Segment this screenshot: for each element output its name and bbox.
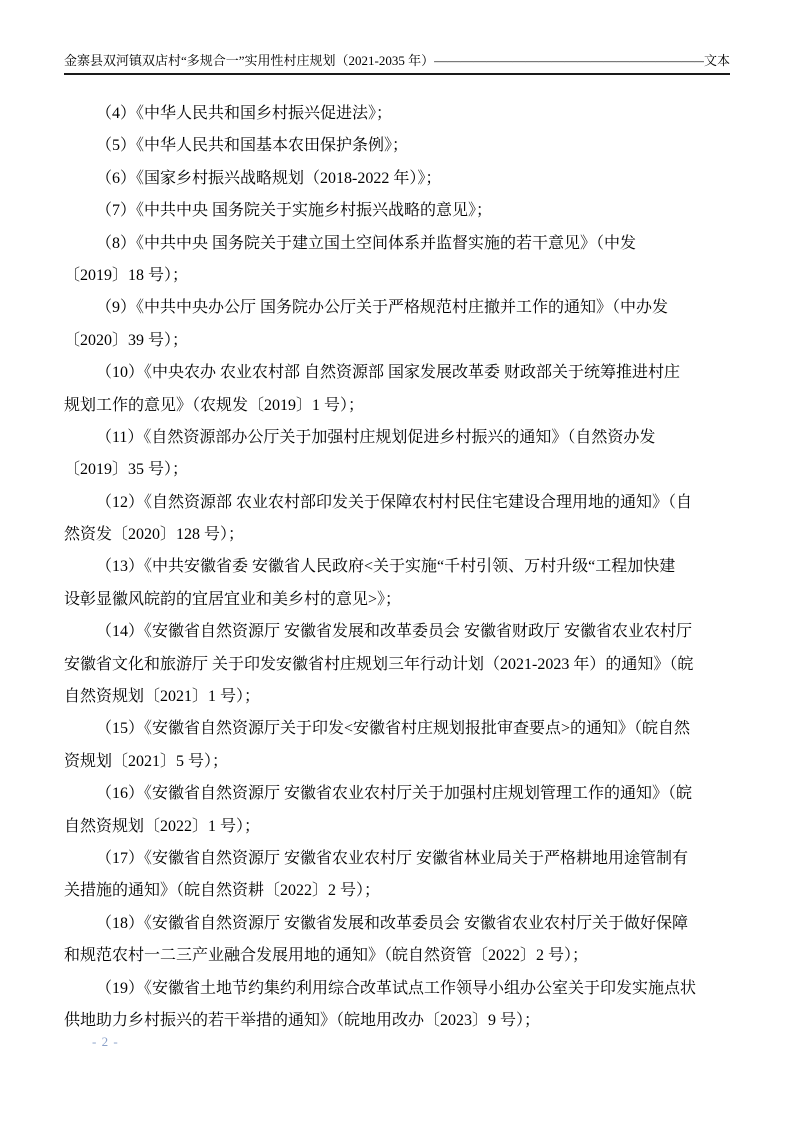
page-number: - 2 - xyxy=(92,1034,119,1050)
paragraph-line: 和规范农村一二三产业融合发展用地的通知》（皖自然资管〔2022〕2 号）； xyxy=(64,940,732,972)
header-doc-type-label: 文本 xyxy=(704,50,730,69)
paragraph-line: （5）《中华人民共和国基本农田保护条例》； xyxy=(64,130,732,162)
page-header: 金寨县双河镇双店村“多规合一”实用性村庄规划（2021-2035 年） ————… xyxy=(64,50,730,75)
paragraph-line: （15）《安徽省自然资源厅关于印发<安徽省村庄规划报批审查要点>的通知》（皖自然 xyxy=(64,713,732,745)
paragraph-line: （13）《中共安徽省委 安徽省人民政府<关于实施“千村引领、万村升级“工程加快建 xyxy=(64,551,732,583)
paragraph-line: 规划工作的意见》（农规发〔2019〕1 号）； xyxy=(64,390,732,422)
paragraph-line: （10）《中央农办 农业农村部 自然资源部 国家发展改革委 财政部关于统筹推进村… xyxy=(64,357,732,389)
list-item: （15）《安徽省自然资源厅关于印发<安徽省村庄规划报批审查要点>的通知》（皖自然… xyxy=(64,713,732,778)
list-item: （7）《中共中央 国务院关于实施乡村振兴战略的意见》； xyxy=(64,195,732,227)
list-item: （5）《中华人民共和国基本农田保护条例》； xyxy=(64,130,732,162)
paragraph-line: 设彰显徽风皖韵的宜居宜业和美乡村的意见>》； xyxy=(64,584,732,616)
list-item: （14）《安徽省自然资源厅 安徽省发展和改革委员会 安徽省财政厅 安徽省农业农村… xyxy=(64,616,732,713)
paragraph-line: 然资发〔2020〕128 号）； xyxy=(64,519,732,551)
list-item: （8）《中共中央 国务院关于建立国土空间体系并监督实施的若干意见》（中发〔201… xyxy=(64,228,732,293)
paragraph-line: （9）《中共中央办公厅 国务院办公厅关于严格规范村庄撤并工作的通知》（中办发 xyxy=(64,292,732,324)
paragraph-line: 〔2019〕18 号）； xyxy=(64,260,732,292)
header-title: 金寨县双河镇双店村“多规合一”实用性村庄规划（2021-2035 年） xyxy=(64,50,434,69)
paragraph-line: 〔2019〕35 号）； xyxy=(64,454,732,486)
paragraph-line: 〔2020〕39 号）； xyxy=(64,325,732,357)
paragraph-line: （18）《安徽省自然资源厅 安徽省发展和改革委员会 安徽省农业农村厅关于做好保障 xyxy=(64,908,732,940)
list-item: （19）《安徽省土地节约集约利用综合改革试点工作领导小组办公室关于印发实施点状供… xyxy=(64,973,732,1038)
list-item: （13）《中共安徽省委 安徽省人民政府<关于实施“千村引领、万村升级“工程加快建… xyxy=(64,551,732,616)
paragraph-line: （14）《安徽省自然资源厅 安徽省发展和改革委员会 安徽省财政厅 安徽省农业农村… xyxy=(64,616,732,648)
paragraph-line: （6）《国家乡村振兴战略规划（2018-2022 年）》； xyxy=(64,163,732,195)
paragraph-line: （12）《自然资源部 农业农村部印发关于保障农村村民住宅建设合理用地的通知》（自 xyxy=(64,487,732,519)
list-item: （11）《自然资源部办公厅关于加强村庄规划促进乡村振兴的通知》（自然资办发〔20… xyxy=(64,422,732,487)
list-item: （10）《中央农办 农业农村部 自然资源部 国家发展改革委 财政部关于统筹推进村… xyxy=(64,357,732,422)
list-item: （4）《中华人民共和国乡村振兴促进法》； xyxy=(64,98,732,130)
list-item: （12）《自然资源部 农业农村部印发关于保障农村村民住宅建设合理用地的通知》（自… xyxy=(64,487,732,552)
list-item: （9）《中共中央办公厅 国务院办公厅关于严格规范村庄撤并工作的通知》（中办发〔2… xyxy=(64,292,732,357)
paragraph-line: （7）《中共中央 国务院关于实施乡村振兴战略的意见》； xyxy=(64,195,732,227)
paragraph-line: （16）《安徽省自然资源厅 安徽省农业农村厅关于加强村庄规划管理工作的通知》（皖 xyxy=(64,778,732,810)
paragraph-line: （17）《安徽省自然资源厅 安徽省农业农村厅 安徽省林业局关于严格耕地用途管制有 xyxy=(64,843,732,875)
paragraph-line: 关措施的通知》（皖自然资耕〔2022〕2 号）； xyxy=(64,875,732,907)
document-page: 金寨县双河镇双店村“多规合一”实用性村庄规划（2021-2035 年） ————… xyxy=(0,0,794,1122)
paragraph-line: 安徽省文化和旅游厅 关于印发安徽省村庄规划三年行动计划（2021-2023 年）… xyxy=(64,649,732,681)
paragraph-line: 自然资规划〔2021〕1 号）； xyxy=(64,681,732,713)
paragraph-line: 资规划〔2021〕5 号）； xyxy=(64,746,732,778)
paragraph-line: （19）《安徽省土地节约集约利用综合改革试点工作领导小组办公室关于印发实施点状 xyxy=(64,973,732,1005)
paragraph-line: 供地助力乡村振兴的若干举措的通知》（皖地用改办〔2023〕9 号）； xyxy=(64,1005,732,1037)
list-item: （17）《安徽省自然资源厅 安徽省农业农村厅 安徽省林业局关于严格耕地用途管制有… xyxy=(64,843,732,908)
paragraph-line: （4）《中华人民共和国乡村振兴促进法》； xyxy=(64,98,732,130)
list-item: （18）《安徽省自然资源厅 安徽省发展和改革委员会 安徽省农业农村厅关于做好保障… xyxy=(64,908,732,973)
paragraph-line: （8）《中共中央 国务院关于建立国土空间体系并监督实施的若干意见》（中发 xyxy=(64,228,732,260)
document-body: （4）《中华人民共和国乡村振兴促进法》；（5）《中华人民共和国基本农田保护条例》… xyxy=(64,98,732,1037)
header-dash-fill: ———————————————————————————— xyxy=(434,53,704,69)
list-item: （16）《安徽省自然资源厅 安徽省农业农村厅关于加强村庄规划管理工作的通知》（皖… xyxy=(64,778,732,843)
list-item: （6）《国家乡村振兴战略规划（2018-2022 年）》； xyxy=(64,163,732,195)
paragraph-line: （11）《自然资源部办公厅关于加强村庄规划促进乡村振兴的通知》（自然资办发 xyxy=(64,422,732,454)
paragraph-line: 自然资规划〔2022〕1 号）； xyxy=(64,811,732,843)
